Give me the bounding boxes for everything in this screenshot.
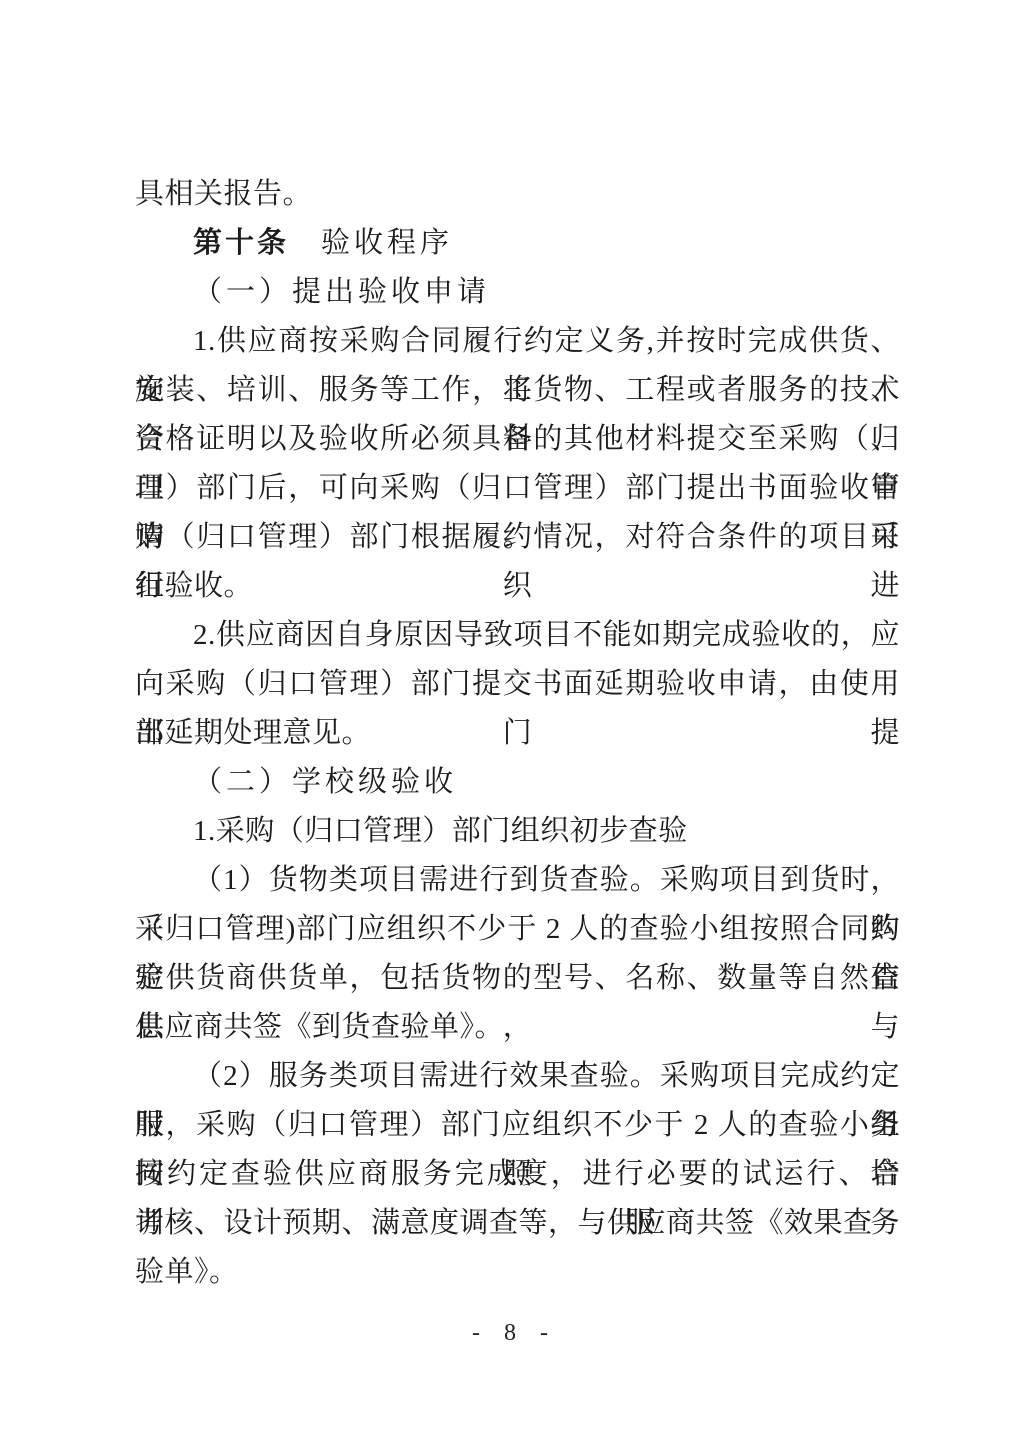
subsection-heading-2: （二）学校级验收 (135, 758, 900, 807)
page-footer: - 8 - (0, 1316, 1024, 1350)
text-line: （1）货物类项目需进行到货查验。采购项目到货时，采购 (135, 856, 900, 905)
text-line: 购（归口管理）部门根据履约情况，对符合条件的项目可组织进 (135, 513, 900, 562)
text-line: 考核、设计预期、满意度调查等，与供应商共签《效果查验单》。 (135, 1199, 900, 1248)
text-line: 向采购（归口管理）部门提交书面延期验收申请，由使用部门提 (135, 660, 900, 709)
text-line: （2）服务类项目需进行效果查验。采购项目完成约定服务 (135, 1052, 900, 1101)
text-line: 时，采购（归口管理）部门应组织不少于 2 人的查验小组按照合 (135, 1101, 900, 1150)
text-line: 合格证明以及验收所必须具备的其他材料提交至采购（归口管 (135, 415, 900, 464)
text-line: 1.供应商按采购合同履行约定义务,并按时完成供货、施工、 (135, 317, 900, 366)
document-page: 具相关报告。 第十条验收程序 （一）提出验收申请 1.供应商按采购合同履行约定义… (0, 0, 1024, 1448)
subsection-heading-1: （一）提出验收申请 (135, 268, 900, 317)
text-line: 安装、培训、服务等工作，将货物、工程或者服务的技术资料、 (135, 366, 900, 415)
section-number: 第十条 (193, 227, 289, 259)
section-title: 验收程序 (321, 227, 453, 259)
text-line: 1.采购（归口管理）部门组织初步查验 (135, 807, 900, 856)
text-line: 2.供应商因自身原因导致项目不能如期完成验收的，应 (135, 611, 900, 660)
page-number: - 8 - (472, 1320, 552, 1346)
document-body: 具相关报告。 第十条验收程序 （一）提出验收申请 1.供应商按采购合同履行约定义… (135, 170, 900, 1248)
text-line: （归口管理)部门应组织不少于 2 人的查验小组按照合同约定查 (135, 905, 900, 954)
text-line: 验供货商供货单，包括货物的型号、名称、数量等自然信息，与 (135, 954, 900, 1003)
section-heading: 第十条验收程序 (135, 219, 900, 268)
text-line: 具相关报告。 (135, 170, 900, 219)
text-line: 理）部门后，可向采购（归口管理）部门提出书面验收申请。采 (135, 464, 900, 513)
text-line: 同约定查验供应商服务完成度，进行必要的试运行、培训、服务 (135, 1150, 900, 1199)
